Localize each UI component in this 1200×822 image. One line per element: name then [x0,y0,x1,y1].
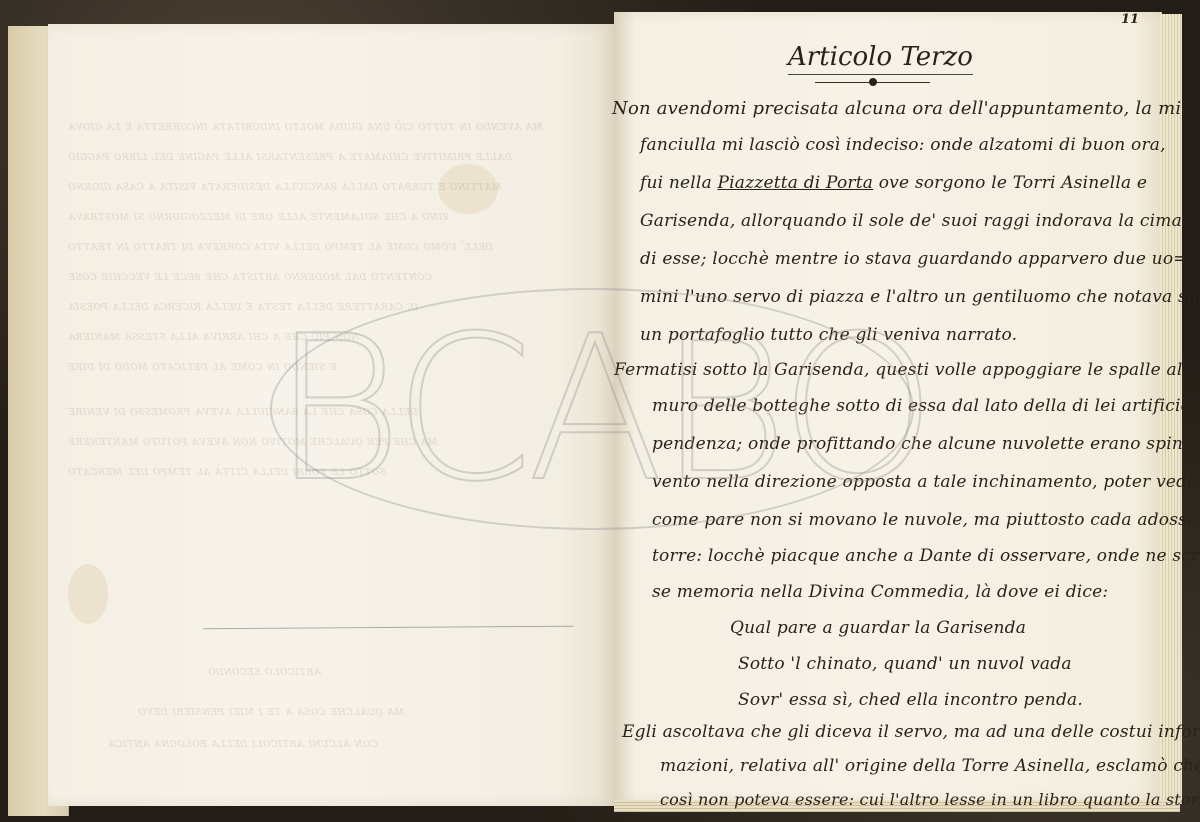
manuscript-line: fui nella Piazzetta di Porta ove sorgono… [640,173,1147,193]
verse-line: Sotto 'l chinato, quand' un nuvol vada [738,654,1072,674]
verse-line: Qual pare a guardar la Garisenda [730,618,1026,638]
show-through-text: ᴀʀᴛɪᴄᴏʟᴏ sᴇᴄᴏɴᴅᴏ [208,664,321,679]
show-through-text: ᴅᴀʟʟᴇ ᴘʀɪᴍɪᴛɪᴠᴇ ᴄʜɪᴀᴍᴀᴛᴇ ᴀ ᴘʀᴇsᴇɴᴛᴀʀsɪ ᴀ… [68,149,512,164]
show-through-text: ᴄᴏɴᴛᴇɴᴛᴏ ᴅᴀʟ ᴍᴏᴅᴇʀɴᴏ ᴀʀᴛɪsᴛᴀ ᴄʜᴇ ғᴇᴄᴇ ʟᴇ… [68,269,432,284]
chapter-title: Articolo Terzo [788,42,973,75]
paper-stain [68,564,108,624]
manuscript-line: se memoria nella Divina Commedia, là dov… [652,582,1108,602]
underlined-place-name: Piazzetta di Porta [718,173,874,193]
manuscript-line: Egli ascoltava che gli diceva il servo, … [622,722,1200,742]
manuscript-line: Garisenda, allorquando il sole de' suoi … [640,211,1182,231]
manuscript-line: vento nella direzione opposta a tale inc… [652,472,1200,492]
manuscript-line: così non poteva essere: cui l'altro less… [660,790,1200,809]
manuscript-line: di esse; locchè mentre io stava guardand… [640,249,1188,269]
manuscript-line: fanciulla mi lasciò così indeciso: onde … [640,135,1166,155]
manuscript-line: un portafoglio tutto che gli veniva narr… [640,325,1017,345]
show-through-text: ᴇ sɪᴇɴᴅᴏ ɪɴ ᴄᴏᴍᴇ ᴀʟ ᴅᴇʟɪᴄᴀᴛᴏ ᴍᴏᴅᴏ ᴅɪ ᴅɪʀ… [68,359,337,374]
manuscript-line: Fermatisi sotto la Garisenda, questi vol… [614,360,1183,380]
manuscript-line: torre: locchè piacque anche a Dante di o… [652,546,1200,566]
show-through-text: ᴍᴀ ᴄʜᴇ ᴘᴇʀ ǫᴜᴀʟᴄʜᴇ ᴍᴏᴛɪᴠᴏ ɴᴏɴ ᴀᴠᴇᴠᴀ ᴘᴏᴛᴜ… [68,434,438,449]
manuscript-line: muro delle botteghe sotto di essa dal la… [652,396,1200,416]
show-through-text: ᴍᴀᴛᴛɪɴᴏ ᴇ ᴛᴜʀʙᴀᴛᴏ ᴅᴀʟʟᴀ ғᴀɴᴄɪᴜʟʟᴀ ᴅᴇsɪᴅᴇ… [68,179,502,194]
show-through-text: ᴍᴀ ᴀᴠᴇɴᴅᴏ ɪɴ ᴛᴜᴛᴛᴏ ᴄɪᴏ̀ ᴜɴᴀ ɢᴜɪᴅᴀ ᴍᴏʟᴛᴏ … [68,119,543,134]
page-number: 11 [1121,12,1139,27]
manuscript-line: come pare non si movano le nuvole, ma pi… [652,510,1200,530]
show-through-text: ғɪɴᴏ ᴀ ᴄʜᴇ sᴏʟᴀᴍᴇɴᴛᴇ ᴀʟʟᴇ ᴏʀᴇ ᴅɪ ᴍᴇᴢᴢᴏɢɪ… [68,209,449,224]
manuscript-text: ove sorgono le Torri Asinella e [873,173,1147,193]
show-through-text: ᴅᴇʟʟᴀ ᴄᴏsᴀ ᴄʜᴇ ʟᴀ ғᴀɴᴄɪᴜʟʟᴀ ᴀᴠᴇᴠᴀ ᴘʀᴏᴍᴇs… [68,404,418,419]
verse-line: Sovr' essa sì, ched ella incontro penda. [738,690,1083,710]
show-through-text: ᴄᴏɴ ᴀʟᴄᴜɴɪ ᴀʀᴛɪᴄᴏʟɪ ᴅᴇʟʟᴀ ʙᴏʟᴏɢɴᴀ ᴀɴᴛɪᴄᴀ [108,736,378,751]
manuscript-line: Non avendomi precisata alcuna ora dell'a… [612,98,1192,119]
show-through-text: ɪʟ ᴄᴀʀᴀᴛᴛᴇʀᴇ ᴅᴇʟʟᴀ ᴛᴇsᴛᴀ ᴇ ᴅᴇʟʟᴀ ʀɪᴄᴇʀᴄᴀ… [68,299,418,314]
manuscript-line: mazioni, relativa all' origine della Tor… [660,756,1200,776]
left-page: ᴍᴀ ᴀᴠᴇɴᴅᴏ ɪɴ ᴛᴜᴛᴛᴏ ᴄɪᴏ̀ ᴜɴᴀ ɢᴜɪᴅᴀ ᴍᴏʟᴛᴏ … [48,24,616,806]
show-through-text: sᴏᴛᴛᴏ ʟᴇ ᴛᴏʀʀɪ ᴅᴇʟʟᴀ ᴄɪᴛᴛᴀ̀ ᴀʟ ᴛᴇᴍᴘᴏ ᴅᴇʟ… [68,464,386,479]
show-through-text: ᴅᴇʟʟ' ᴜᴏᴍᴏ ᴄᴏᴍᴇ ᴀʟ ᴛᴇᴍᴘᴏ ᴅᴇʟʟᴀ ᴠɪᴛᴀ ᴄᴏʀʀ… [68,239,493,254]
show-through-rule [203,626,573,630]
manuscript-line: mini l'uno servo di piazza e l'altro un … [640,287,1200,307]
show-through-text: ɴᴏɴ ᴘɪᴜ̀ ᴄʜᴇ ᴀ ᴄʜɪ ᴀʀʀɪᴠᴀ ᴀʟʟᴀ sᴛᴇssᴀ ᴍᴀ… [68,329,359,344]
title-ornament-dot [869,78,877,86]
manuscript-line: pendenza; onde profittando che alcune nu… [652,434,1200,454]
show-through-text: ᴍᴀ ǫᴜᴀʟᴄʜᴇ ᴄᴏsᴀ ᴀ ᴛᴇ ɪ ᴍɪᴇɪ ᴘᴇɴsɪᴇʀɪ ᴅᴇᴠ… [138,704,405,719]
manuscript-text: fui nella [640,173,718,193]
